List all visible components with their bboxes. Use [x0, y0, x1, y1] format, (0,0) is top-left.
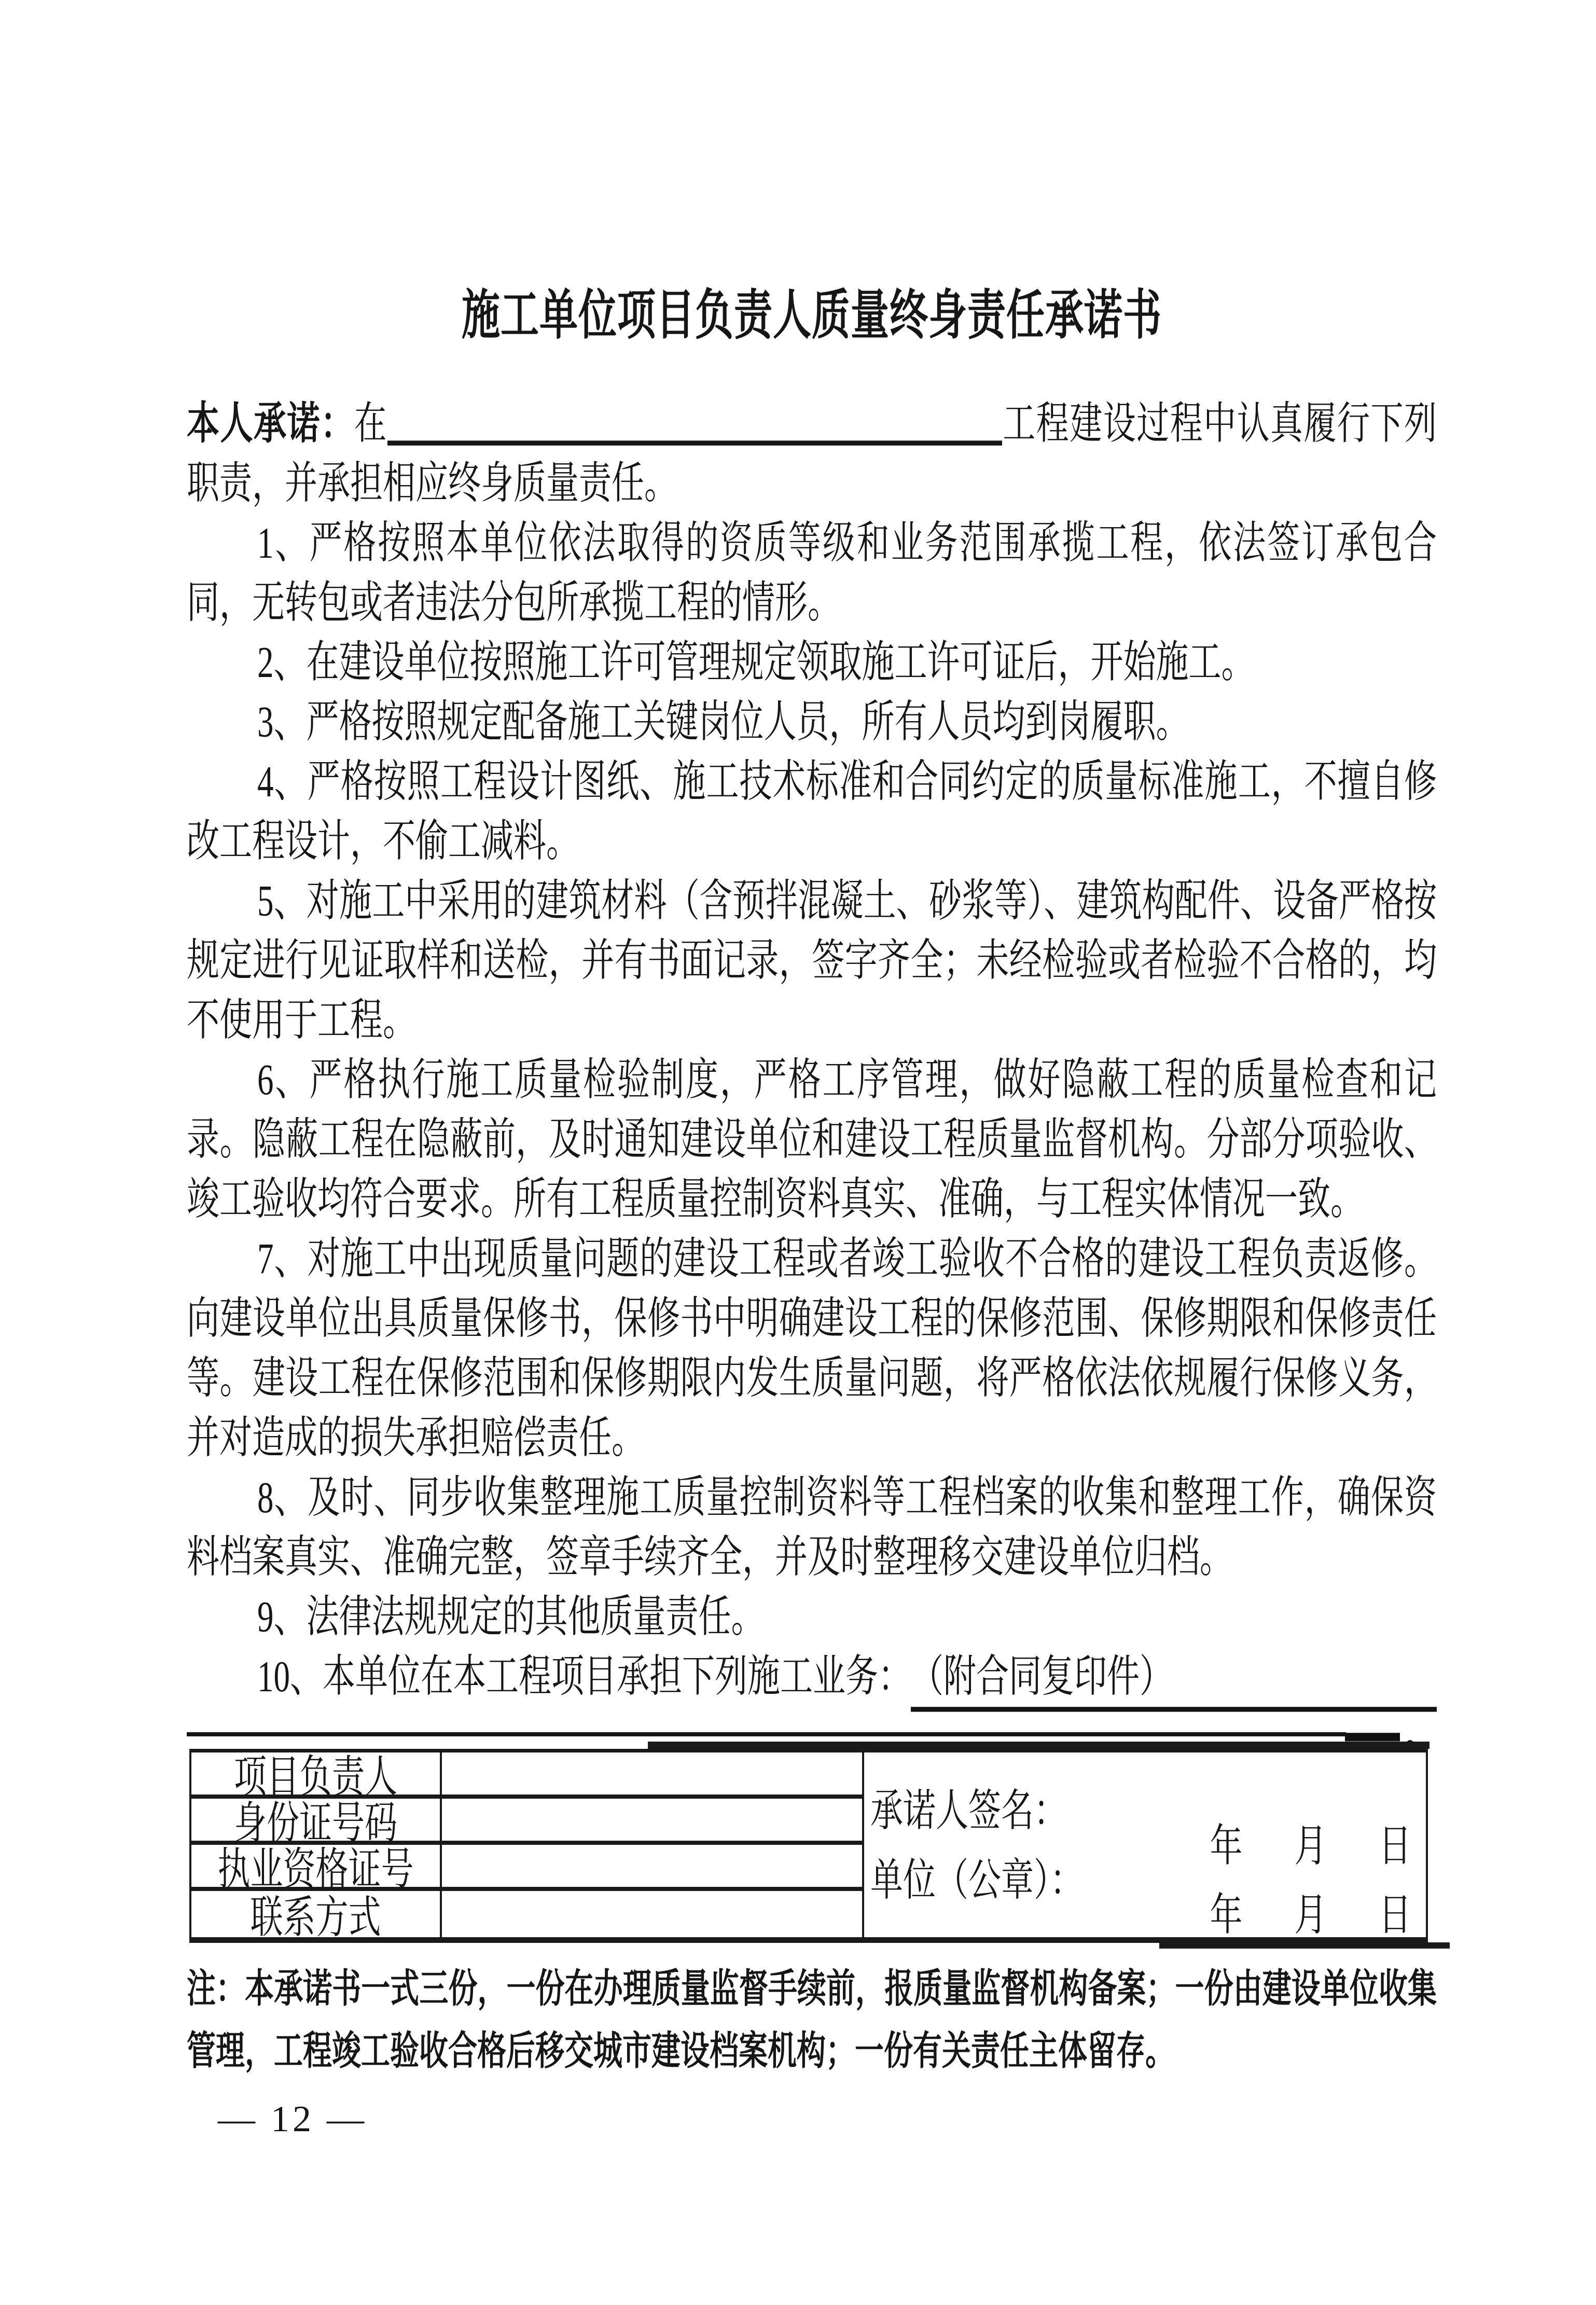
- blank-rule-short: [1345, 1733, 1400, 1741]
- responsibility-item-2: 2、在建设单位按照施工许可管理规定领取施工许可证后，开始施工。: [187, 633, 1437, 693]
- page-number: — 12 —: [187, 2097, 1437, 2141]
- id-number-value-cell[interactable]: [442, 1799, 864, 1845]
- project-name-blank[interactable]: [387, 404, 1002, 446]
- attachment-note-underlined[interactable]: （附合同复印件）: [911, 1647, 1437, 1712]
- responsibility-item-4: 4、严格按照工程设计图纸、施工技术标准和合同约定的质量标准施工，不擅自修改工程设…: [187, 752, 1437, 872]
- responsibility-item-7: 7、对施工中出现质量问题的建设工程或者竣工验收不合格的建设工程负责返修。向建设单…: [187, 1230, 1437, 1468]
- year-label: 年: [1210, 1891, 1243, 1940]
- body-block: 本人承诺：在工程建设过程中认真履行下列职责，并承担相应终身质量责任。 1、严格按…: [187, 394, 1437, 1749]
- document-page: 施工单位项目负责人质量终身责任承诺书 本人承诺：在工程建设过程中认真履行下列职责…: [0, 0, 1596, 2305]
- scan-artifact-top-border: [648, 1742, 1430, 1749]
- item-10-text: 10、本单位在本工程项目承担下列施工业务：: [257, 1647, 911, 1707]
- year-label: 年: [1210, 1822, 1243, 1871]
- intro-lead-rest: 在: [354, 399, 387, 448]
- signatory-info-table: 项目负责人 承诺人签名： 年 月 日 单位（公章）： 年 月 日 身份证号码 执…: [189, 1749, 1428, 1943]
- promiser-signature-label: 承诺人签名：: [870, 1775, 1066, 1839]
- responsibility-item-10: 10、本单位在本工程项目承担下列施工业务： （附合同复印件）: [187, 1647, 1437, 1712]
- project-leader-value-cell[interactable]: [442, 1752, 864, 1799]
- intro-lead-bold: 本人承诺：: [187, 399, 354, 448]
- signature-cell: 承诺人签名： 年 月 日 单位（公章）： 年 月 日: [864, 1752, 1426, 1937]
- month-label: 月: [1294, 1891, 1327, 1940]
- table-label-contact: 联系方式: [191, 1891, 442, 1937]
- unit-seal-label: 单位（公章）：: [870, 1845, 1083, 1909]
- responsibility-item-5: 5、对施工中采用的建筑材料（含预拌混凝土、砂浆等）、建筑构配件、设备严格按规定进…: [187, 872, 1437, 1051]
- contact-value-cell[interactable]: [442, 1891, 864, 1937]
- page-title: 施工单位项目负责人质量终身责任承诺书: [187, 279, 1437, 352]
- blank-rule-long[interactable]: [187, 1732, 1346, 1736]
- note-block: 注：本承诺书一式三份，一份在办理质量监督手续前，报质量监督机构备案；一份由建设单…: [187, 1958, 1437, 2084]
- qualification-cert-value-cell[interactable]: [442, 1845, 864, 1891]
- responsibility-item-1: 1、严格按照本单位依法取得的资质等级和业务范围承揽工程，依法签订承包合同，无转包…: [187, 514, 1437, 633]
- title-block: 施工单位项目负责人质量终身责任承诺书: [187, 279, 1437, 352]
- day-label: 日: [1379, 1822, 1411, 1871]
- responsibility-item-3: 3、严格按照规定配备施工关键岗位人员，所有人员均到岗履职。: [187, 693, 1437, 752]
- responsibility-item-6: 6、严格执行施工质量检验制度，严格工序管理，做好隐蔽工程的质量检查和记录。隐蔽工…: [187, 1051, 1437, 1230]
- intro-paragraph: 本人承诺：在工程建设过程中认真履行下列职责，并承担相应终身质量责任。: [187, 394, 1437, 514]
- day-label: 日: [1379, 1891, 1411, 1940]
- signature-date-line-2: 年 月 日: [1210, 1880, 1412, 1943]
- signature-date-line-1: 年 月 日: [1210, 1811, 1412, 1874]
- responsibility-item-8: 8、及时、同步收集整理施工质量控制资料等工程档案的收集和整理工作，确保资料档案真…: [187, 1468, 1437, 1588]
- month-label: 月: [1294, 1822, 1327, 1871]
- note-paragraph: 注：本承诺书一式三份，一份在办理质量监督手续前，报质量监督机构备案；一份由建设单…: [187, 1958, 1437, 2083]
- responsibility-item-9: 9、法律法规规定的其他质量责任。: [187, 1588, 1437, 1647]
